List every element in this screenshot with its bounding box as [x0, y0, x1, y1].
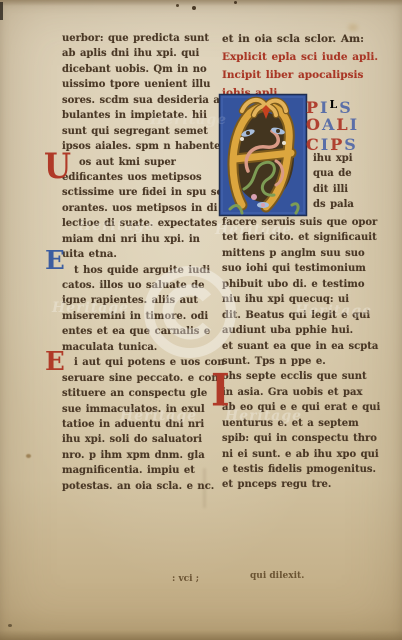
- manuscript-text-line: ipsos aiales. spm n habente.: [62, 139, 229, 154]
- manuscript-text-line: et suant ea que in ea scpta: [222, 339, 380, 354]
- manuscript-text-line: uissimo tpore uenient illu: [62, 77, 229, 92]
- ink-speck: [234, 1, 237, 4]
- left-text-column: uerbor: que predicta suntab aplis dni ih…: [62, 31, 229, 494]
- manuscript-text-line: potestas. an oia scla. e nc.: [62, 479, 229, 494]
- display-capitals-row: PILS: [306, 95, 359, 115]
- manuscript-text-line: nro. p ihm xpm dnm. gla: [62, 448, 229, 463]
- manuscript-text-line: sctissime ure fidei in spu sco: [62, 185, 229, 200]
- manuscript-page: uerbor: que predicta suntab aplis dni ih…: [0, 0, 402, 640]
- manuscript-text-line: sores. scdm sua desideria a: [62, 93, 229, 108]
- manuscript-text-line: qua de: [313, 166, 354, 181]
- manuscript-text-line: orantes. uos metipsos in di: [62, 201, 229, 216]
- manuscript-text-line: uenturus e. et a septem: [222, 416, 380, 431]
- display-capital: I: [350, 115, 359, 134]
- illuminated-initial-A: [218, 93, 308, 218]
- display-capital: L: [330, 98, 340, 111]
- manuscript-text-line: dit. Beatus qui legit e qui: [222, 308, 380, 323]
- manuscript-text-line: sunt qui segregant semet: [62, 124, 229, 139]
- manuscript-text-line: ni ei sunt. e ab ihu xpo qui: [222, 447, 380, 462]
- manuscript-text-line: lectioe di suate. expectates: [62, 216, 229, 231]
- manuscript-text-line: audiunt uba pphie hui.: [222, 323, 380, 338]
- manuscript-text-line: sue immaculatos. in exul: [62, 402, 229, 417]
- right-text-column: facere seruis suis que oportet fieri cit…: [222, 215, 380, 493]
- manuscript-text-line: ihu xpi: [313, 151, 354, 166]
- manuscript-text-line: uerbor: que predicta sunt: [62, 31, 229, 46]
- manuscript-text-line: ds pala: [313, 197, 354, 212]
- rubric-header: et in oia scla sclor. Am:Explicit epla s…: [222, 30, 378, 102]
- display-capitals-row: OALI: [306, 115, 359, 135]
- display-capitals: PILSOALICIPS: [306, 95, 359, 155]
- manuscript-text-line: catos. illos uo saluate de: [62, 278, 229, 293]
- manuscript-text-line: tatioe in aduentu dni nri: [62, 417, 229, 432]
- manuscript-text-line: suo iohi qui testimonium: [222, 261, 380, 276]
- page-top-edge: [0, 0, 402, 6]
- display-capital: L: [336, 115, 349, 134]
- manuscript-text-line: spib: qui in conspectu thro: [222, 431, 380, 446]
- page-left-edge-mark: [0, 2, 3, 20]
- manuscript-text-line: et pnceps regu tre.: [222, 477, 380, 492]
- manuscript-text-line: dit illi: [313, 182, 354, 197]
- manuscript-text-line: ab aplis dni ihu xpi. qui: [62, 46, 229, 61]
- manuscript-text-line: stituere an conspectu gle: [62, 386, 229, 401]
- manuscript-text-line: miseremini in timore. odi: [62, 309, 229, 324]
- manuscript-text-line: ihu xpi. soli do saluatori: [62, 432, 229, 447]
- ink-speck: [176, 4, 179, 7]
- ink-speck: [192, 6, 196, 10]
- manuscript-text-line: e testis fidelis pmogenitus.: [222, 462, 380, 477]
- manuscript-text-line: os aut kmi super: [62, 155, 229, 170]
- manuscript-text-line: entes et ea que carnalis e: [62, 324, 229, 339]
- manuscript-text-line: i aut qui potens e uos con: [62, 355, 229, 370]
- manuscript-text-line: seruare sine peccato. e con: [62, 371, 229, 386]
- initial-E-red: E: [45, 349, 65, 375]
- manuscript-text-line: sunt. Tps n ppe e.: [222, 354, 380, 369]
- manuscript-text-line: ohs septe ecclis que sunt: [222, 369, 380, 384]
- manuscript-text-line: ab eo qui e e qui erat e qui: [222, 400, 380, 415]
- parchment-stain: [26, 454, 31, 458]
- right-column-side-lines: ihu xpiqua dedit illids pala: [313, 151, 354, 213]
- initial-E-blue: E: [45, 248, 65, 274]
- manuscript-text-line: uita etna.: [62, 247, 229, 262]
- ink-speck: [8, 624, 12, 627]
- manuscript-text-line: Explicit epla sci iude apli.: [222, 48, 378, 66]
- manuscript-text-line: miam dni nri ihu xpi. in: [62, 232, 229, 247]
- manuscript-text-line: phibuit ubo di. e testimo: [222, 277, 380, 292]
- manuscript-text-line: et in oia scla sclor. Am:: [222, 30, 378, 48]
- manuscript-text-line: tet fieri cito. et significauit: [222, 230, 380, 245]
- manuscript-text-line: maculata tunica.: [62, 340, 229, 355]
- manuscript-text-line: edificantes uos metipsos: [62, 170, 229, 185]
- manuscript-text-line: igne rapientes. aliis aut: [62, 293, 229, 308]
- display-capital: O: [306, 115, 322, 134]
- quire-mark: : vci ;: [172, 574, 199, 584]
- manuscript-text-line: magnificentia. impiu et: [62, 463, 229, 478]
- manuscript-text-line: Incipit liber apocalipsis: [222, 66, 378, 84]
- initial-I-red: I: [211, 369, 230, 414]
- manuscript-text-line: dicebant uobis. Qm in no: [62, 62, 229, 77]
- display-capital: A: [322, 115, 336, 134]
- manuscript-text-line: niu ihu xpi quecuq: ui: [222, 292, 380, 307]
- manuscript-text-line: bulantes in impietate. hii: [62, 108, 229, 123]
- manuscript-text-line: t hos quide arguite iudi: [62, 263, 229, 278]
- manuscript-text-line: in asia. Gra uobis et pax: [222, 385, 380, 400]
- page-bottom-edge: [0, 630, 402, 640]
- catchword: qui dilexit.: [250, 571, 304, 581]
- initial-V-red: U: [44, 150, 71, 185]
- manuscript-text-line: mittens p anglm suu suo: [222, 246, 380, 261]
- manuscript-text-line: facere seruis suis que opor: [222, 215, 380, 230]
